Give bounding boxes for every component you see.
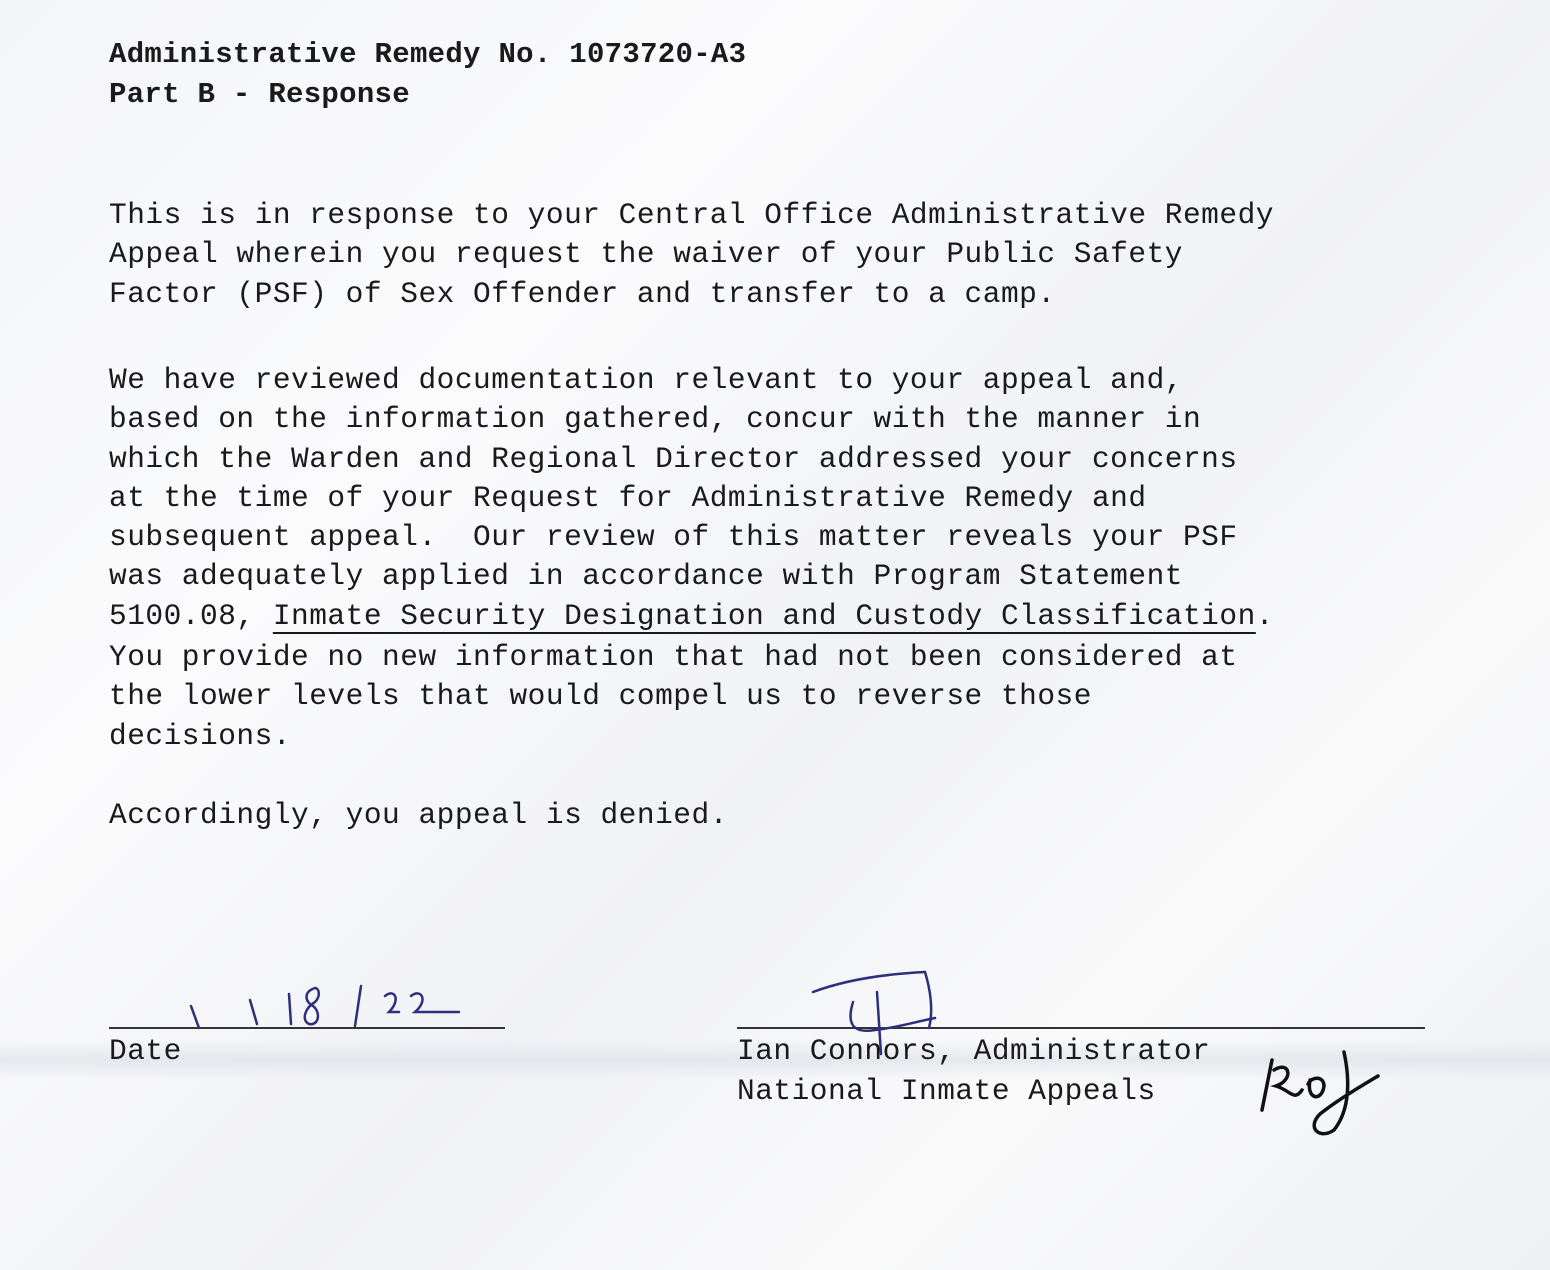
paragraph-review: We have reviewed documentation relevant … bbox=[109, 361, 1274, 756]
policy-title: Inmate Security Designation and Custody … bbox=[273, 599, 1256, 633]
remedy-number-heading: Administrative Remedy No. 1073720-A3 bbox=[109, 38, 746, 71]
signer-name-title: Ian Connors, Administrator bbox=[737, 1034, 1210, 1068]
date-label: Date bbox=[109, 1034, 182, 1068]
policy-citation: 5100.08, Inmate Security Designation and… bbox=[109, 597, 1274, 636]
part-heading: Part B - Response bbox=[109, 78, 410, 111]
paragraph-request: This is in response to your Central Offi… bbox=[109, 196, 1274, 314]
handwritten-date bbox=[185, 978, 475, 1038]
conclusion: Accordingly, you appeal is denied. bbox=[109, 796, 728, 835]
signer-office: National Inmate Appeals bbox=[737, 1074, 1156, 1108]
reviewer-initials bbox=[1250, 1040, 1390, 1140]
